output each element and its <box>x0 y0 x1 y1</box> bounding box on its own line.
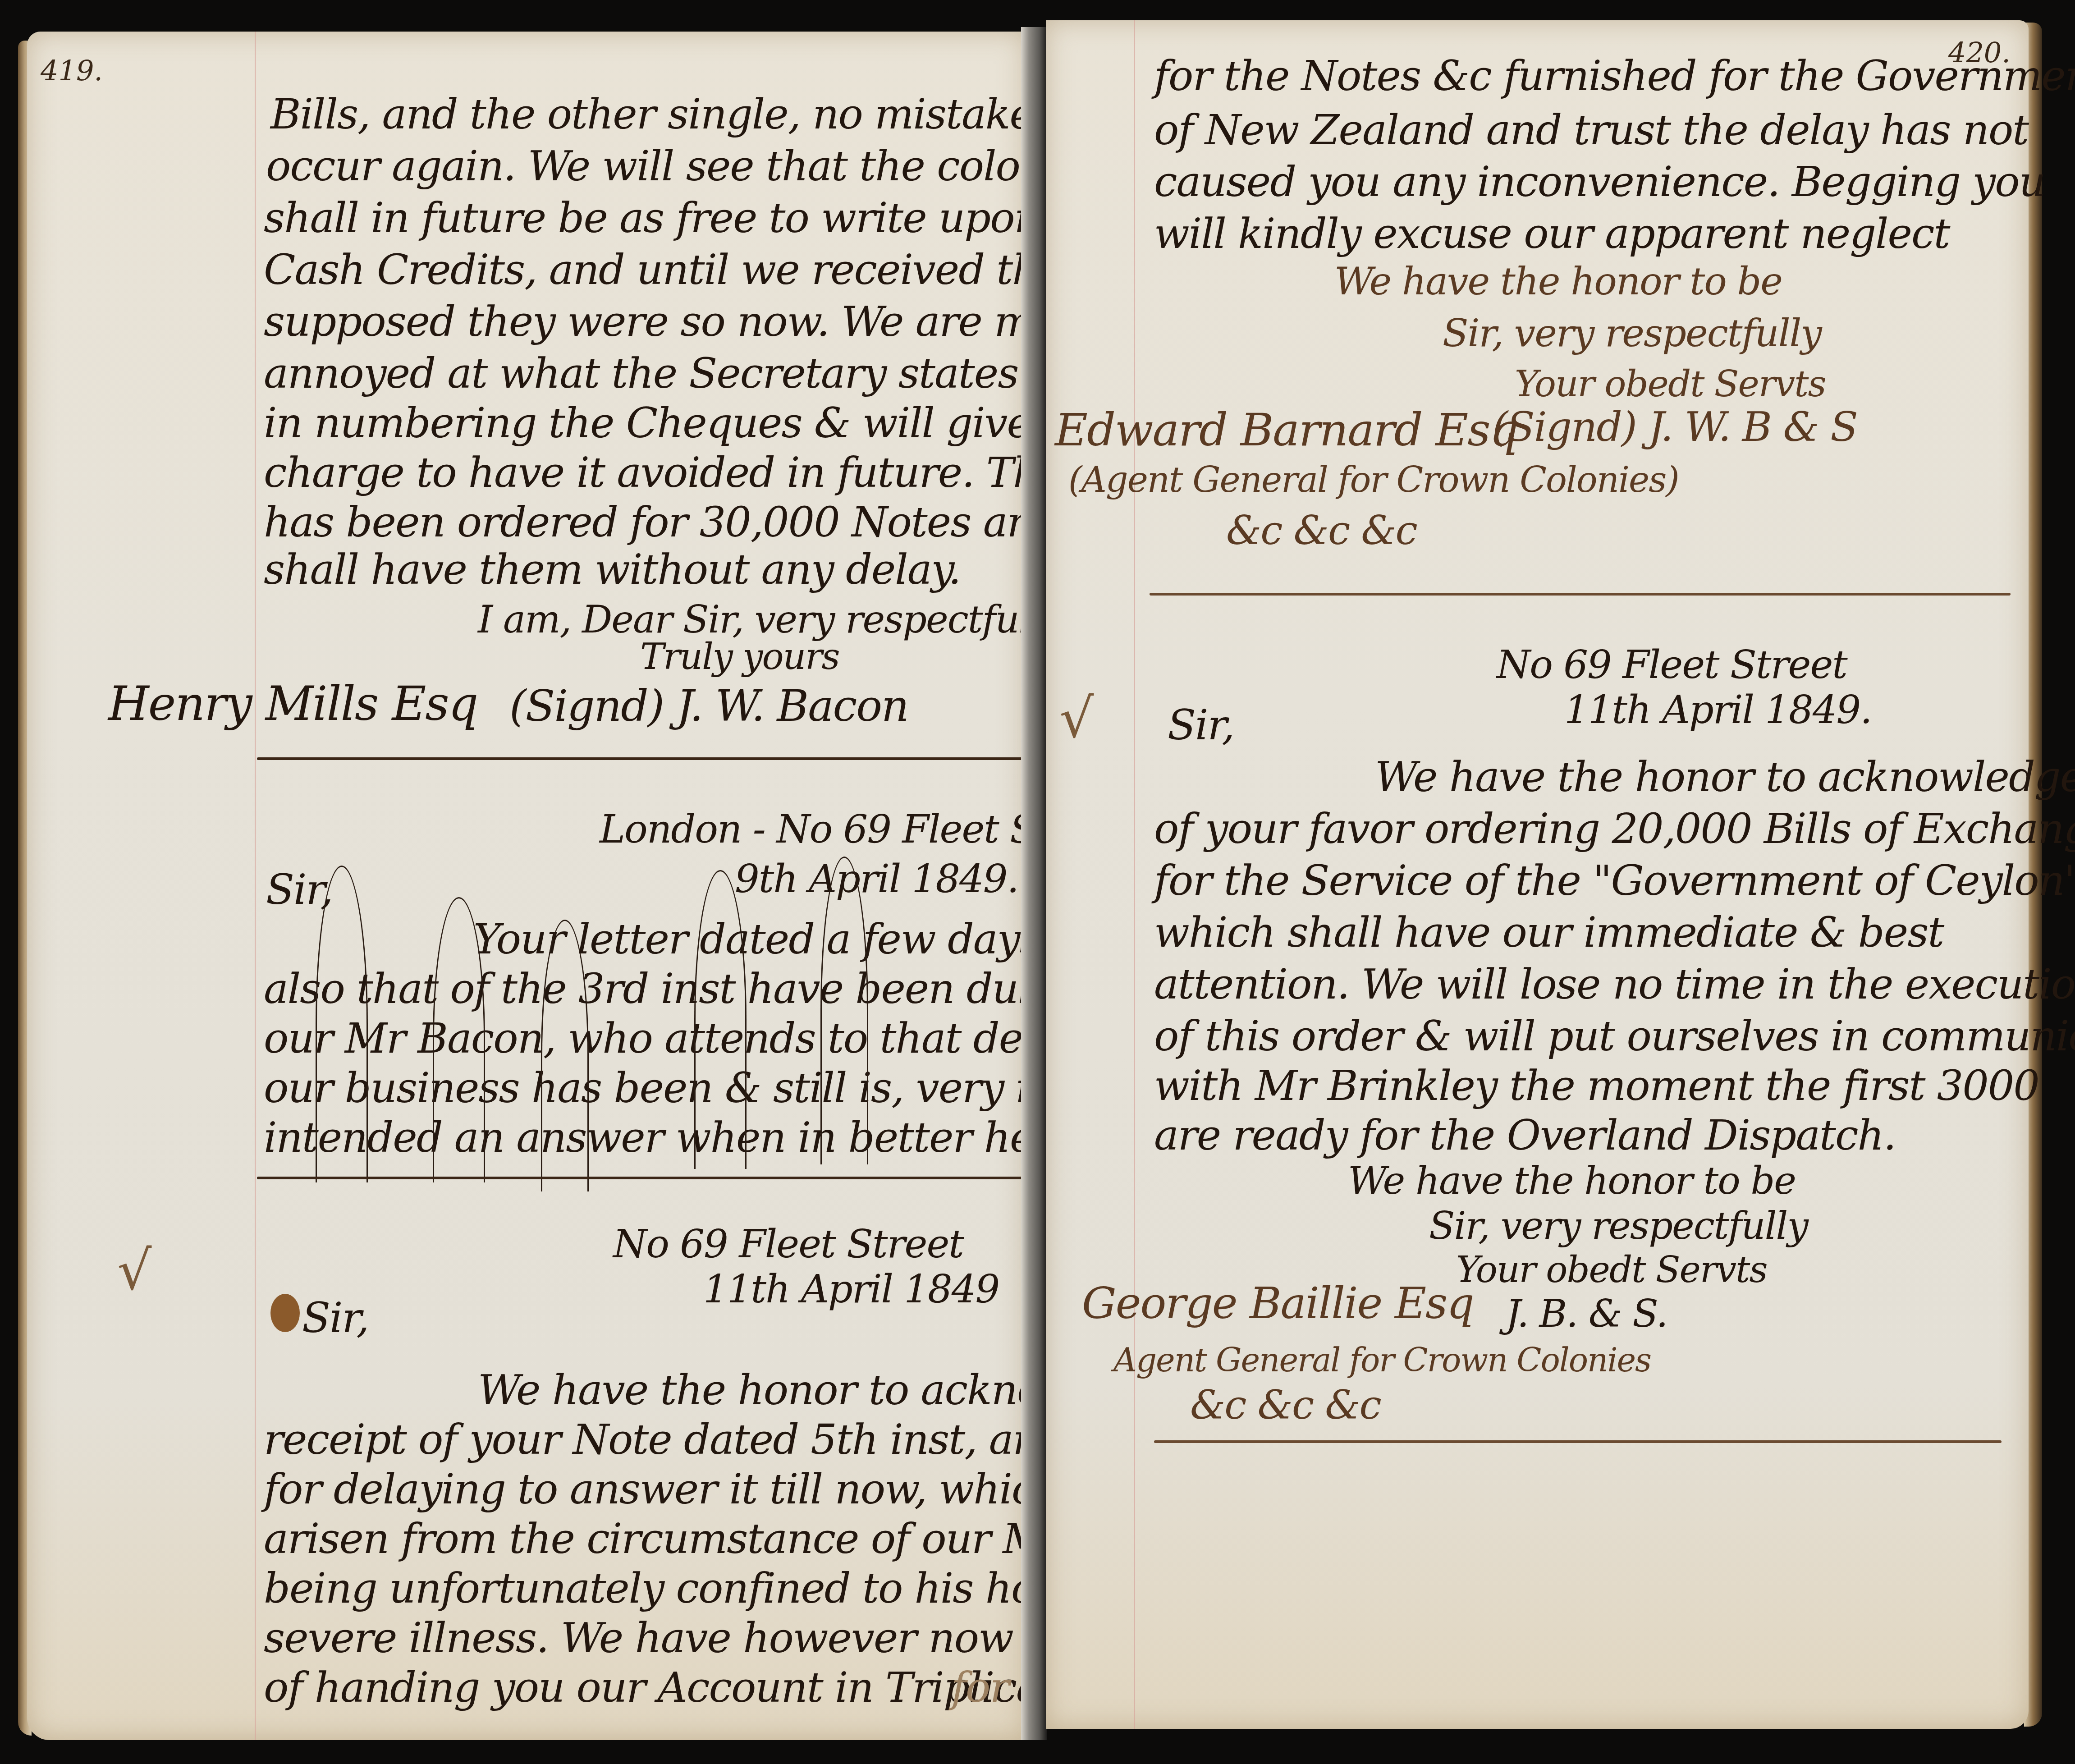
closing: I am, Dear Sir, very respectfully <box>478 597 1062 641</box>
signature: (Signd) J. W. B & S <box>1492 403 1857 451</box>
book-gutter <box>1021 27 1047 1740</box>
closing: Your obedt Servts <box>1456 1249 1767 1291</box>
cancellation-stroke <box>820 857 868 1164</box>
text-line: for the Service of the "Government of Ce… <box>1154 857 2075 905</box>
left-page: 419. Bills, and the other single, no mis… <box>27 32 1026 1740</box>
right-page: 420. for the Notes &c furnished for the … <box>1046 20 2029 1729</box>
cancellation-stroke <box>541 920 589 1191</box>
divider <box>257 1177 1023 1179</box>
divider <box>1154 1440 2002 1443</box>
closing: Sir, very respectfully <box>1443 311 1821 355</box>
closing: We have the honor to be <box>1334 259 1782 303</box>
addressee-title: Agent General for Crown Colonies <box>1113 1341 1651 1379</box>
text-line: We have the honor to acknowledge receipt <box>1375 753 2075 801</box>
cancellation-stroke <box>316 866 368 1182</box>
cancellation-stroke <box>694 870 747 1169</box>
text-line: supposed they were so now. We are much <box>264 298 1107 346</box>
salutation: Sir, <box>1168 701 1234 749</box>
closing: Truly yours <box>640 636 839 678</box>
addressee-etc: &c &c &c <box>1226 507 1417 554</box>
margin-rule <box>255 32 256 1740</box>
addressee: Edward Barnard Esq <box>1055 403 1518 456</box>
text-line: are ready for the Overland Dispatch. <box>1154 1111 1896 1159</box>
addressee: Henry Mills Esq <box>108 676 477 731</box>
text-line: of your favor ordering 20,000 Bills of E… <box>1154 805 2075 853</box>
letter-place: No 69 Fleet Street <box>1497 642 1847 687</box>
letter-date: 9th April 1849. <box>735 857 1018 902</box>
letter-place: No 69 Fleet Street <box>613 1222 963 1267</box>
text-line: which shall have our immediate & best <box>1154 908 1943 957</box>
check-mark-icon: √ <box>117 1240 151 1302</box>
divider <box>257 757 1023 760</box>
catchword: for <box>951 1663 1008 1712</box>
text-line: of New Zealand and trust the delay has n… <box>1154 106 2028 154</box>
closing: Sir, very respectfully <box>1429 1204 1808 1248</box>
text-line: of this order & will put ourselves in co… <box>1154 1012 2075 1060</box>
signature: (Signd) J. W. Bacon <box>509 681 908 731</box>
text-line: in numbering the Cheques & will give str… <box>264 399 1148 447</box>
text-line: with Mr Brinkley the moment the first 30… <box>1154 1062 2039 1110</box>
text-line: attention. We will lose no time in the e… <box>1154 960 2075 1008</box>
text-line: will kindly excuse our apparent neglect <box>1154 210 1949 258</box>
margin-rule <box>1134 20 1135 1729</box>
closing: Your obedt Servts <box>1515 363 1826 405</box>
cancellation-stroke <box>433 897 485 1182</box>
addressee: George Baillie Esq <box>1082 1278 1474 1329</box>
letter-date: 11th April 1849. <box>1564 687 1872 733</box>
addressee-title: (Agent General for Crown Colonies) <box>1068 460 1679 500</box>
text-line: shall have them without any delay. <box>264 545 961 594</box>
check-mark-icon: √ <box>1059 687 1094 750</box>
text-line: Bills, and the other single, no mistake … <box>270 90 1118 138</box>
closing: We have the honor to be <box>1348 1159 1796 1203</box>
ink-blot <box>270 1294 300 1332</box>
text-line: for the Notes &c furnished for the Gover… <box>1154 52 2075 100</box>
salutation: Sir, <box>302 1294 369 1342</box>
divider <box>1150 593 2011 596</box>
text-line: intended an answer when in better health… <box>264 1113 1123 1162</box>
signature: J. B. & S. <box>1506 1292 1667 1336</box>
addressee-etc: &c &c &c <box>1190 1382 1381 1428</box>
letter-date: 11th April 1849 <box>703 1267 999 1312</box>
text-line: for delaying to answer it till now, whic… <box>264 1465 1142 1513</box>
text-line: caused you any inconvenience. Begging yo… <box>1154 158 2045 206</box>
page-number: 419. <box>41 54 103 87</box>
salutation: Sir, <box>266 866 333 914</box>
